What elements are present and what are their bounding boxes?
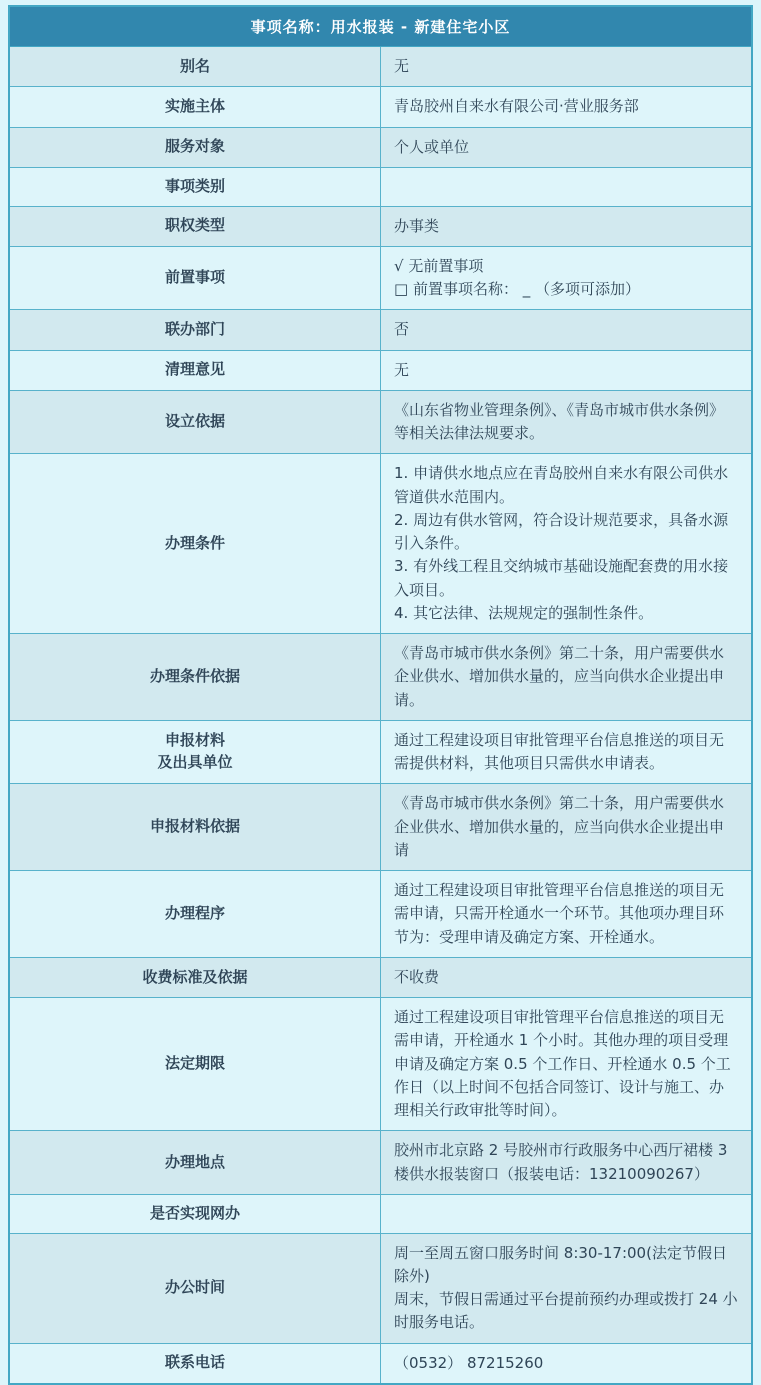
table-row: 实施主体 青岛胶州自来水有限公司·营业服务部: [9, 87, 752, 127]
table-row: 前置事项 √ 无前置事项 □ 前置事项名称： _ （多项可添加）: [9, 246, 752, 310]
row-value: 无: [381, 350, 753, 390]
table-row: 联系电话 （0532） 87215260: [9, 1343, 752, 1384]
row-value: （0532） 87215260: [381, 1343, 753, 1384]
row-label: 服务对象: [9, 127, 381, 167]
row-value: 通过工程建设项目审批管理平台信息推送的项目无需申请，开栓通水 1 个小时。其他办…: [381, 998, 753, 1131]
row-value: 《青岛市城市供水条例》第二十条，用户需要供水企业供水、增加供水量的，应当向供水企…: [381, 634, 753, 721]
row-label: 别名: [9, 47, 381, 87]
table-row: 清理意见 无: [9, 350, 752, 390]
row-value: 通过工程建设项目审批管理平台信息推送的项目无需申请，只需开栓通水一个环节。其他项…: [381, 871, 753, 958]
page-title: 事项名称：用水报装 - 新建住宅小区: [9, 6, 752, 47]
service-info-table: 事项名称：用水报装 - 新建住宅小区 别名 无 实施主体 青岛胶州自来水有限公司…: [8, 5, 753, 1385]
page-background: 事项名称：用水报装 - 新建住宅小区 别名 无 实施主体 青岛胶州自来水有限公司…: [0, 0, 761, 1050]
row-label: 联办部门: [9, 310, 381, 350]
row-value: 个人或单位: [381, 127, 753, 167]
row-value: [381, 1194, 753, 1233]
title-row: 事项名称：用水报装 - 新建住宅小区: [9, 6, 752, 47]
table-row: 法定期限 通过工程建设项目审批管理平台信息推送的项目无需申请，开栓通水 1 个小…: [9, 998, 752, 1131]
table-row: 办理条件 1. 申请供水地点应在青岛胶州自来水有限公司供水管道供水范围内。 2.…: [9, 454, 752, 634]
table-row: 是否实现网办: [9, 1194, 752, 1233]
row-label: 实施主体: [9, 87, 381, 127]
row-label: 办理程序: [9, 871, 381, 958]
row-label: 清理意见: [9, 350, 381, 390]
row-value: 1. 申请供水地点应在青岛胶州自来水有限公司供水管道供水范围内。 2. 周边有供…: [381, 454, 753, 634]
table-row: 办理条件依据 《青岛市城市供水条例》第二十条，用户需要供水企业供水、增加供水量的…: [9, 634, 752, 721]
row-label: 申报材料 及出具单位: [9, 720, 381, 784]
info-table-header: 事项名称：用水报装 - 新建住宅小区: [9, 6, 752, 47]
table-row: 收费标准及依据 不收费: [9, 957, 752, 997]
row-label: 是否实现网办: [9, 1194, 381, 1233]
table-row: 别名 无: [9, 47, 752, 87]
row-label: 收费标准及依据: [9, 957, 381, 997]
row-label: 办理条件依据: [9, 634, 381, 721]
row-label: 申报材料依据: [9, 784, 381, 871]
row-value: 办事类: [381, 206, 753, 246]
table-row: 申报材料 及出具单位 通过工程建设项目审批管理平台信息推送的项目无需提供材料，其…: [9, 720, 752, 784]
table-row: 联办部门 否: [9, 310, 752, 350]
row-value: 不收费: [381, 957, 753, 997]
table-row: 事项类别: [9, 167, 752, 206]
row-value: 无: [381, 47, 753, 87]
row-label: 设立依据: [9, 390, 381, 454]
table-row: 办理地点 胶州市北京路 2 号胶州市行政服务中心西厅裙楼 3 楼供水报装窗口（报…: [9, 1131, 752, 1195]
row-label: 法定期限: [9, 998, 381, 1131]
row-label: 办理地点: [9, 1131, 381, 1195]
table-row: 职权类型 办事类: [9, 206, 752, 246]
table-row: 办理程序 通过工程建设项目审批管理平台信息推送的项目无需申请，只需开栓通水一个环…: [9, 871, 752, 958]
row-value: √ 无前置事项 □ 前置事项名称： _ （多项可添加）: [381, 246, 753, 310]
row-label: 职权类型: [9, 206, 381, 246]
row-label: 事项类别: [9, 167, 381, 206]
row-label: 前置事项: [9, 246, 381, 310]
row-value: 通过工程建设项目审批管理平台信息推送的项目无需提供材料，其他项目只需供水申请表。: [381, 720, 753, 784]
table-row: 服务对象 个人或单位: [9, 127, 752, 167]
row-value: 《山东省物业管理条例》、《青岛市城市供水条例》等相关法律法规要求。: [381, 390, 753, 454]
info-table-body: 别名 无 实施主体 青岛胶州自来水有限公司·营业服务部 服务对象 个人或单位 事…: [9, 47, 752, 1384]
row-value: 胶州市北京路 2 号胶州市行政服务中心西厅裙楼 3 楼供水报装窗口（报装电话：1…: [381, 1131, 753, 1195]
row-value: 周一至周五窗口服务时间 8:30-17:00(法定节假日除外) 周末，节假日需通…: [381, 1233, 753, 1343]
table-row: 申报材料依据 《青岛市城市供水条例》第二十条，用户需要供水企业供水、增加供水量的…: [9, 784, 752, 871]
row-label: 联系电话: [9, 1343, 381, 1384]
row-value: [381, 167, 753, 206]
table-row: 设立依据 《山东省物业管理条例》、《青岛市城市供水条例》等相关法律法规要求。: [9, 390, 752, 454]
row-value: 青岛胶州自来水有限公司·营业服务部: [381, 87, 753, 127]
row-value: 《青岛市城市供水条例》第二十条，用户需要供水企业供水、增加供水量的，应当向供水企…: [381, 784, 753, 871]
table-row: 办公时间 周一至周五窗口服务时间 8:30-17:00(法定节假日除外) 周末，…: [9, 1233, 752, 1343]
row-label: 办理条件: [9, 454, 381, 634]
row-value: 否: [381, 310, 753, 350]
row-label: 办公时间: [9, 1233, 381, 1343]
